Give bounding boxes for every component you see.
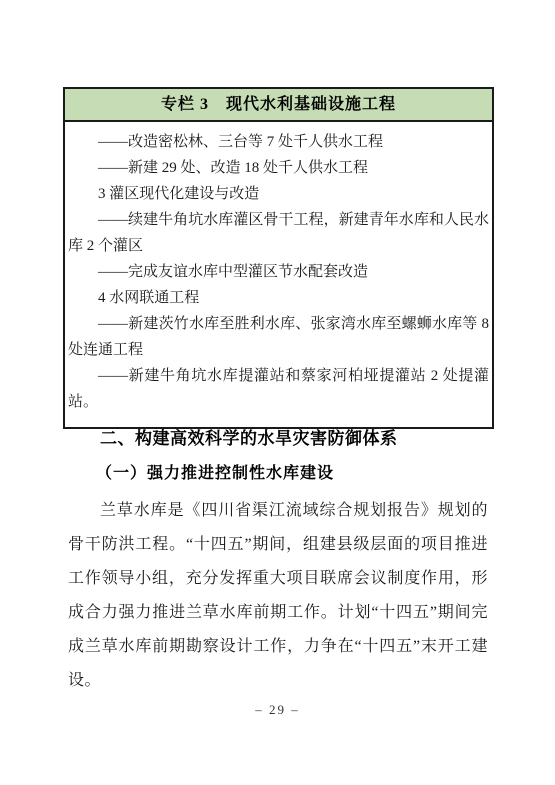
box-list-item: 4 水网联通工程	[68, 285, 489, 311]
box-list-item: ——新建 29 处、改造 18 处千人供水工程	[68, 155, 489, 181]
box-list-item: 3 灌区现代化建设与改造	[68, 181, 489, 207]
document-page: 专栏 3 现代水利基础设施工程 ——改造密松林、三台等 7 处千人供水工程 ——…	[0, 0, 555, 785]
box-list-item: ——新建茨竹水库至胜利水库、张家湾水库至螺蛳水库等 8 处连通工程	[68, 311, 489, 363]
box-list-item: ——改造密松林、三台等 7 处千人供水工程	[68, 129, 489, 155]
page-number: – 29 –	[0, 702, 555, 718]
subsection-heading: （一）强力推进控制性水库建设	[96, 463, 334, 485]
column-box-body: ——改造密松林、三台等 7 处千人供水工程 ——新建 29 处、改造 18 处千…	[65, 122, 492, 427]
column-box-title: 专栏 3 现代水利基础设施工程	[65, 89, 492, 122]
box-list-item: ——完成友谊水库中型灌区节水配套改造	[68, 259, 489, 285]
section-heading: 二、构建高效科学的水旱灾害防御体系	[100, 428, 398, 450]
column-box: 专栏 3 现代水利基础设施工程 ——改造密松林、三台等 7 处千人供水工程 ——…	[63, 87, 494, 429]
body-paragraph: 兰草水库是《四川省渠江流域综合规划报告》规划的骨干防洪工程。“十四五”期间，组建…	[68, 494, 488, 698]
box-list-item: ——续建牛角坑水库灌区骨干工程，新建青年水库和人民水库 2 个灌区	[68, 207, 489, 259]
box-list-item: ——新建牛角坑水库提灌站和蔡家河柏垭提灌站 2 处提灌站。	[68, 363, 489, 415]
